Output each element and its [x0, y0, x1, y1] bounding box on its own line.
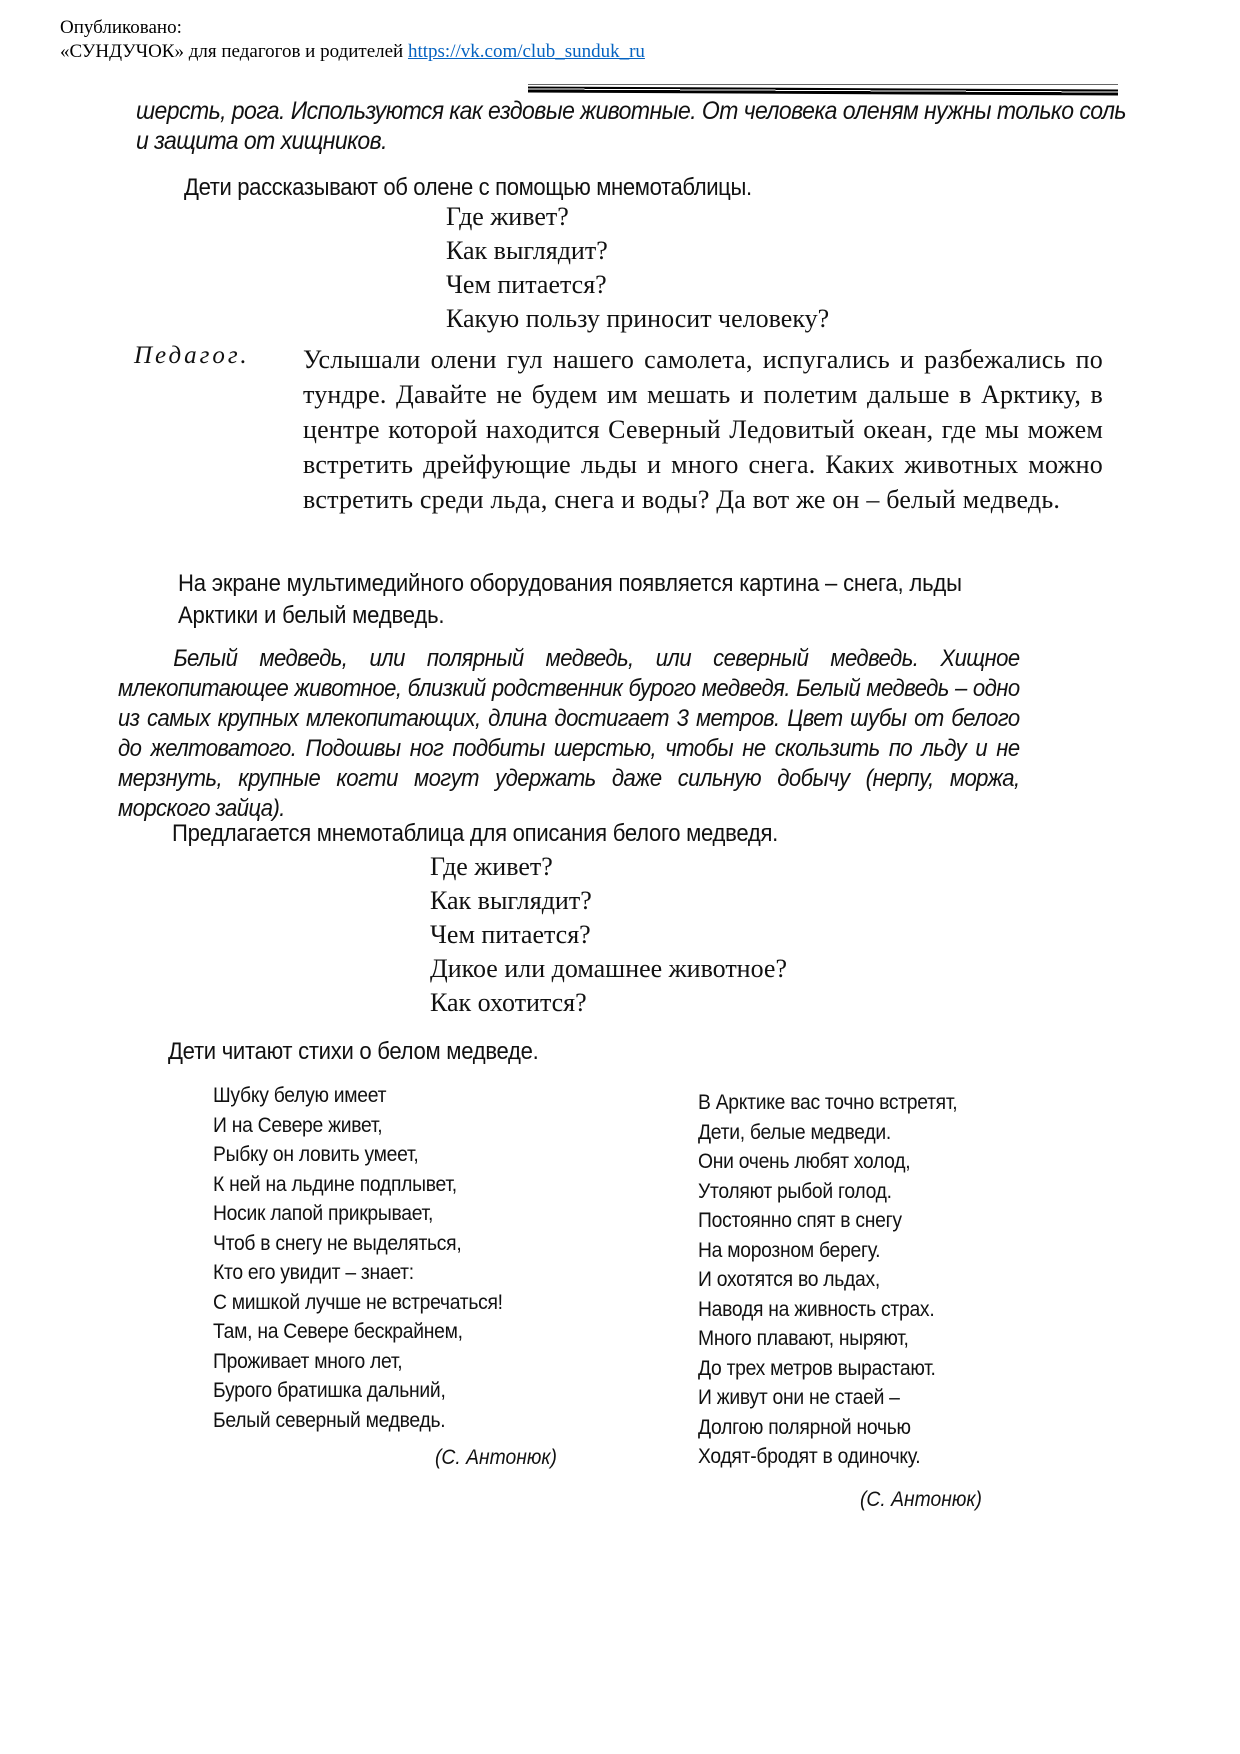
poem-line: Дети, белые медведи.	[698, 1118, 957, 1148]
divider-line	[528, 84, 1118, 85]
poem-line: Наводя на живность страх.	[698, 1295, 957, 1325]
question-item: Как охотится?	[430, 986, 787, 1020]
poem-line: До трех метров вырастают.	[698, 1354, 957, 1384]
question-item: Чем питается?	[430, 918, 787, 952]
poem-line: Рыбку он ловить умеет,	[213, 1140, 503, 1170]
poem-left: Шубку белую имеет И на Севере живет, Рыб…	[213, 1081, 503, 1435]
poem-line: Долгою полярной ночью	[698, 1413, 957, 1443]
poem-line: Ходят-бродят в одиночку.	[698, 1442, 957, 1472]
poem-line: Носик лапой прикрывает,	[213, 1199, 503, 1229]
source-line: «СУНДУЧОК» для педагогов и родителей htt…	[60, 40, 645, 64]
question-item: Чем питается?	[446, 268, 829, 302]
poem-left-author: (С. Антонюк)	[435, 1446, 557, 1470]
poem-line: Белый северный медведь.	[213, 1406, 503, 1436]
poem-line: И на Севере живет,	[213, 1111, 503, 1141]
poem-line: Они очень любят холод,	[698, 1147, 957, 1177]
published-label: Опубликовано:	[60, 16, 645, 40]
reindeer-questions: Где живет? Как выглядит? Чем питается? К…	[446, 200, 829, 336]
poem-right: В Арктике вас точно встретят, Дети, белы…	[698, 1088, 957, 1472]
poem-line: Чтоб в снегу не выделяться,	[213, 1229, 503, 1259]
teacher-label: Педагог.	[134, 342, 250, 370]
reindeer-text: шерсть, рога. Используются как ездовые ж…	[136, 96, 1130, 156]
poem-line: В Арктике вас точно встретят,	[698, 1088, 957, 1118]
poem-right-author: (С. Антонюк)	[860, 1488, 982, 1512]
question-item: Какую пользу приносит человеку?	[446, 302, 829, 336]
source-text: «СУНДУЧОК» для педагогов и родителей	[60, 41, 403, 62]
bear-description: Белый медведь, или полярный медведь, или…	[118, 644, 1020, 824]
question-item: Как выглядит?	[430, 884, 787, 918]
poem-line: Много плавают, ныряют,	[698, 1324, 957, 1354]
screen-text: На экране мультимедийного оборудования п…	[178, 568, 1024, 632]
vk-link[interactable]: https://vk.com/club_sunduk_ru	[408, 41, 645, 62]
children-tell-text: Дети рассказывают об олене с помощью мне…	[184, 174, 752, 202]
poem-line: И живут они не стаей –	[698, 1383, 957, 1413]
teacher-text: Услышали олени гул нашего самолета, испу…	[303, 342, 1103, 517]
bear-questions: Где живет? Как выглядит? Чем питается? Д…	[430, 850, 787, 1020]
question-item: Где живет?	[446, 200, 829, 234]
poem-line: С мишкой лучше не встречаться!	[213, 1288, 503, 1318]
poem-line: Бурого братишка дальний,	[213, 1376, 503, 1406]
poem-line: Постоянно спят в снегу	[698, 1206, 957, 1236]
divider-rule	[528, 86, 1118, 95]
bear-table-intro: Предлагается мнемотаблица для описания б…	[172, 820, 778, 848]
poem-line: К ней на льдине подплывет,	[213, 1170, 503, 1200]
question-item: Как выглядит?	[446, 234, 829, 268]
question-item: Где живет?	[430, 850, 787, 884]
poem-line: Там, на Севере бескрайнем,	[213, 1317, 503, 1347]
poem-line: Проживает много лет,	[213, 1347, 503, 1377]
question-item: Дикое или домашнее животное?	[430, 952, 787, 986]
publication-header: Опубликовано: «СУНДУЧОК» для педагогов и…	[60, 16, 645, 64]
poem-line: И охотятся во льдах,	[698, 1265, 957, 1295]
children-read-text: Дети читают стихи о белом медведе.	[168, 1038, 539, 1066]
poem-line: Утоляют рыбой голод.	[698, 1177, 957, 1207]
poem-line: Шубку белую имеет	[213, 1081, 503, 1111]
poem-line: Кто его увидит – знает:	[213, 1258, 503, 1288]
poem-line: На морозном берегу.	[698, 1236, 957, 1266]
